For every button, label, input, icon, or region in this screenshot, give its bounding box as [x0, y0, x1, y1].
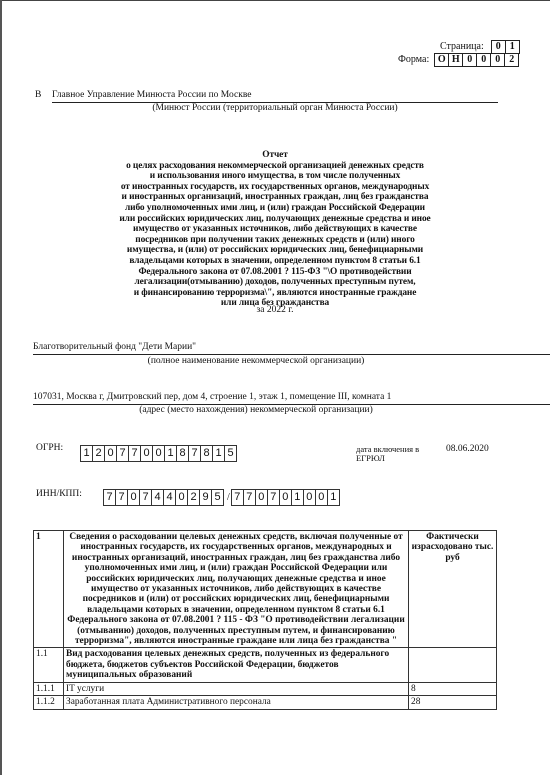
- row-description: Заработанная плата Административного пер…: [64, 696, 409, 709]
- row-amount: 8: [409, 682, 497, 695]
- form-digit-box: О: [434, 53, 449, 67]
- row-num: 1.1.2: [34, 696, 64, 709]
- report-subtitle-line: о целях расходования некоммерческой орга…: [60, 161, 490, 172]
- org-name: Благотворительный фонд "Дети Марии": [33, 342, 196, 352]
- inn-kpp-label: ИНН/КПП:: [36, 489, 82, 499]
- row-amount: 28: [409, 696, 497, 709]
- table-row: 1.1Вид расходования целевых денежных сре…: [34, 648, 497, 682]
- form-digit-box: 0: [490, 53, 505, 67]
- report-subtitle-line: посредников при получении таких денежных…: [60, 235, 490, 246]
- report-subtitle-line: либо уполномоченных ими лиц, и (или) гра…: [60, 203, 490, 214]
- form-digit-box: 2: [504, 53, 519, 67]
- recipient-prefix: В: [35, 90, 41, 100]
- report-period: за 2022 г.: [60, 305, 490, 315]
- table-row: 1.1.2Заработанная плата Административног…: [34, 696, 497, 709]
- form-digit-box: 0: [462, 53, 477, 67]
- org-address-field: 107031, Москва г, Дмитровский пер, дом 4…: [33, 392, 550, 405]
- org-name-field: Благотворительный фонд "Дети Марии": [33, 342, 550, 355]
- form-digit-box: 0: [476, 53, 491, 67]
- table-row: 1.1.1IT услуги8: [34, 682, 497, 695]
- report-title: Отчет: [60, 150, 490, 161]
- kpp-digit-box: 1: [327, 489, 340, 506]
- page-border-top: [0, 0, 550, 1]
- inn-kpp-separator: /: [227, 492, 230, 503]
- header-description: Сведения о расходовании целевых денежных…: [64, 531, 409, 648]
- form-digit-box: Н: [448, 53, 463, 67]
- report-subtitle-line: владельцами которых в значении, определе…: [60, 256, 490, 267]
- org-name-caption: (полное наименование некоммерческой орга…: [33, 356, 479, 366]
- row-description: IT услуги: [64, 682, 409, 695]
- table-header-row: 1 Сведения о расходовании целевых денежн…: [34, 531, 497, 648]
- form-code-field: Форма: ОН0002: [398, 49, 519, 67]
- kpp-digits: 770701001: [232, 487, 340, 504]
- header-amount: Фактически израсходовано тыс. руб: [409, 531, 497, 648]
- egrul-date: 08.06.2020: [446, 444, 489, 454]
- form-digits: ОН0002: [435, 49, 519, 66]
- recipient-field: Главное Управление Минюста России по Мос…: [52, 90, 498, 103]
- report-subtitle-line: и иностранных организаций, иностранных г…: [60, 192, 490, 203]
- report-subtitle-line: легализации(отмыванию) доходов, полученн…: [60, 277, 490, 288]
- report-subtitle-line: Федерального закона от 07.08.2001 ? 115-…: [60, 267, 490, 278]
- inn-digits: 7707440295: [104, 487, 224, 504]
- report-subtitle-line: и использования иного имущества, в том ч…: [60, 171, 490, 182]
- egrul-label: дата включения в ЕГРЮЛ: [356, 445, 419, 463]
- inn-kpp-digits: 7707440295/770701001: [104, 487, 340, 506]
- recipient-value: Главное Управление Минюста России по Мос…: [52, 90, 251, 100]
- row-description: Вид расходования целевых денежных средст…: [64, 648, 409, 682]
- report-subtitle-line: имущество от указанных источников, либо …: [60, 224, 490, 235]
- report-subtitle-line: имущества, и (или) от российских юридиче…: [60, 245, 490, 256]
- report-subtitle: о целях расходования некоммерческой орга…: [60, 161, 490, 309]
- row-num: 1.1: [34, 648, 64, 682]
- row-num: 1.1.1: [34, 682, 64, 695]
- ogrn-label: ОГРН:: [36, 443, 63, 453]
- row-amount: [409, 648, 497, 682]
- report-subtitle-line: или российских юридических лиц, получающ…: [60, 214, 490, 225]
- egrul-label-line2: ЕГРЮЛ: [356, 454, 419, 463]
- ogrn-digit-box: 5: [224, 445, 237, 462]
- form-label: Форма:: [398, 54, 429, 65]
- report-subtitle-line: от иностранных государств, их государств…: [60, 182, 490, 193]
- page-border-left: [0, 0, 2, 775]
- recipient-caption: (Минюст России (территориальный орган Ми…: [52, 103, 498, 113]
- report-title-block: Отчет о целях расходования некоммерческо…: [60, 150, 490, 309]
- expenditure-table: 1 Сведения о расходовании целевых денежн…: [33, 530, 497, 710]
- report-subtitle-line: и финансированию терроризма\", являются …: [60, 288, 490, 299]
- ogrn-digits: 1207700187815: [81, 443, 237, 462]
- inn-digit-box: 5: [211, 489, 224, 506]
- org-address-caption: (адрес (место нахождения) некоммерческой…: [33, 405, 479, 415]
- org-address: 107031, Москва г, Дмитровский пер, дом 4…: [33, 392, 391, 402]
- header-num: 1: [34, 531, 64, 648]
